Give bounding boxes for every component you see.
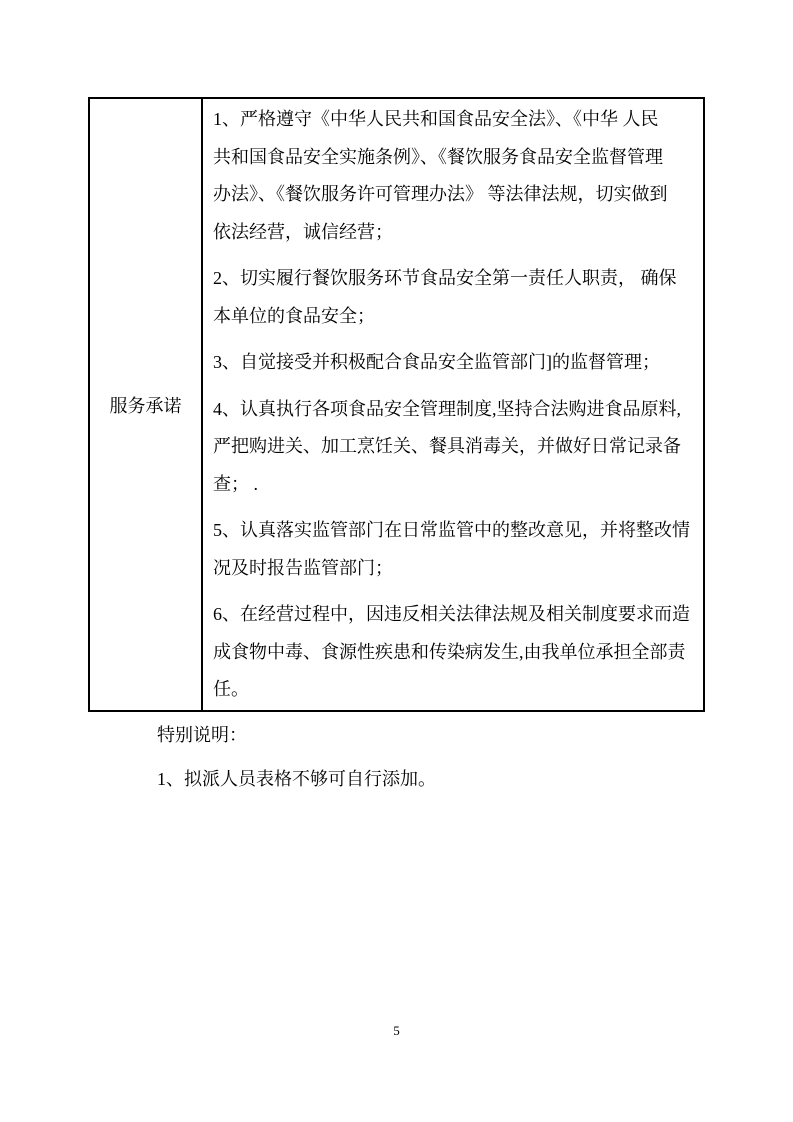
special-note-item-1: 1、拟派人员表格不够可自行添加。	[157, 764, 436, 794]
row-header-cell: 服务承诺	[90, 99, 203, 710]
commitment-item-6: 6、在经营过程中，因违反相关法律法规及相关制度要求而造 成食物中毒、食源性疾患和…	[213, 596, 699, 709]
commitment-item-1: 1、严格遵守《中华人民共和国食品安全法》、《中华 人民 共和国食品安全实施条例》…	[213, 101, 699, 251]
commitments-cell: 1、严格遵守《中华人民共和国食品安全法》、《中华 人民 共和国食品安全实施条例》…	[203, 99, 703, 710]
document-page: 服务承诺 1、严格遵守《中华人民共和国食品安全法》、《中华 人民 共和国食品安全…	[0, 0, 793, 1122]
commitment-item-5: 5、认真落实监管部门在日常监管中的整改意见，并将整改情 况及时报告监管部门；	[213, 512, 699, 587]
commitment-item-2: 2、切实履行餐饮服务环节食品安全第一责任人职责， 确保 本单位的食品安全；	[213, 260, 699, 335]
commitment-item-4: 4、认真执行各项食品安全管理制度,坚持合法购进食品原料, 严把购进关、加工烹饪关…	[213, 391, 699, 504]
commitment-item-3: 3、自觉接受并积极配合食品安全监管部门]的监督管理；	[213, 344, 699, 382]
special-note-title: 特别说明：	[157, 720, 247, 750]
commitment-table: 服务承诺 1、严格遵守《中华人民共和国食品安全法》、《中华 人民 共和国食品安全…	[88, 97, 705, 712]
page-number: 5	[0, 1022, 793, 1040]
row-header-label: 服务承诺	[110, 392, 182, 418]
